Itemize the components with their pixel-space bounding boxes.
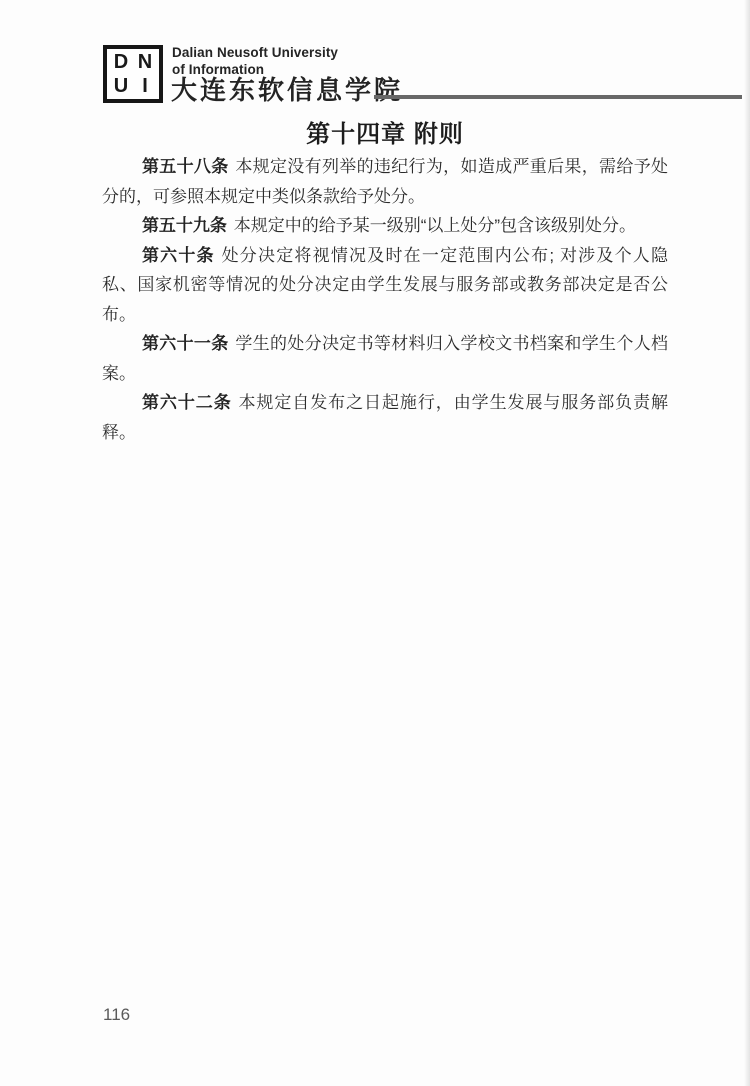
article-58-label: 第五十八条: [142, 157, 229, 176]
article-60: 第六十条处分决定将视情况及时在一定范围内公布; 对涉及个人隐私、国家机密等情况的…: [102, 241, 668, 330]
article-62: 第六十二条本规定自发布之日起施行，由学生发展与服务部负责解释。: [102, 388, 668, 447]
article-61-label: 第六十一条: [142, 334, 229, 353]
article-60-label: 第六十条: [142, 246, 215, 265]
logo-letter-n: N: [138, 52, 152, 72]
article-58: 第五十八条本规定没有列举的违纪行为，如造成严重后果，需给予处分的，可参照本规定中…: [102, 152, 668, 211]
header-divider-line: [374, 95, 742, 99]
page-number: 116: [103, 1005, 130, 1025]
article-61: 第六十一条学生的处分决定书等材料归入学校文书档案和学生个人档案。: [102, 329, 668, 388]
scan-edge-shadow: [744, 0, 750, 1086]
article-62-label: 第六十二条: [142, 393, 232, 412]
article-59-text: 本规定中的给予某一级别“以上处分”包含该级别处分。: [234, 216, 636, 235]
page-header: D N U I Dalian Neusoft University of Inf…: [0, 0, 750, 110]
article-59: 第五十九条本规定中的给予某一级别“以上处分”包含该级别处分。: [102, 211, 668, 241]
university-name-en-line1: Dalian Neusoft University: [172, 44, 338, 61]
chapter-title: 第十四章 附则: [102, 118, 668, 152]
logo-letter-u: U: [114, 76, 128, 96]
article-59-label: 第五十九条: [142, 216, 227, 235]
document-body: 第十四章 附则 第五十八条本规定没有列举的违纪行为，如造成严重后果，需给予处分的…: [102, 118, 668, 447]
dnui-logo: D N U I: [103, 45, 163, 103]
logo-letter-d: D: [114, 52, 128, 72]
university-name-chinese: 大连东软信息学院: [171, 70, 403, 107]
logo-letter-i: I: [142, 76, 148, 96]
